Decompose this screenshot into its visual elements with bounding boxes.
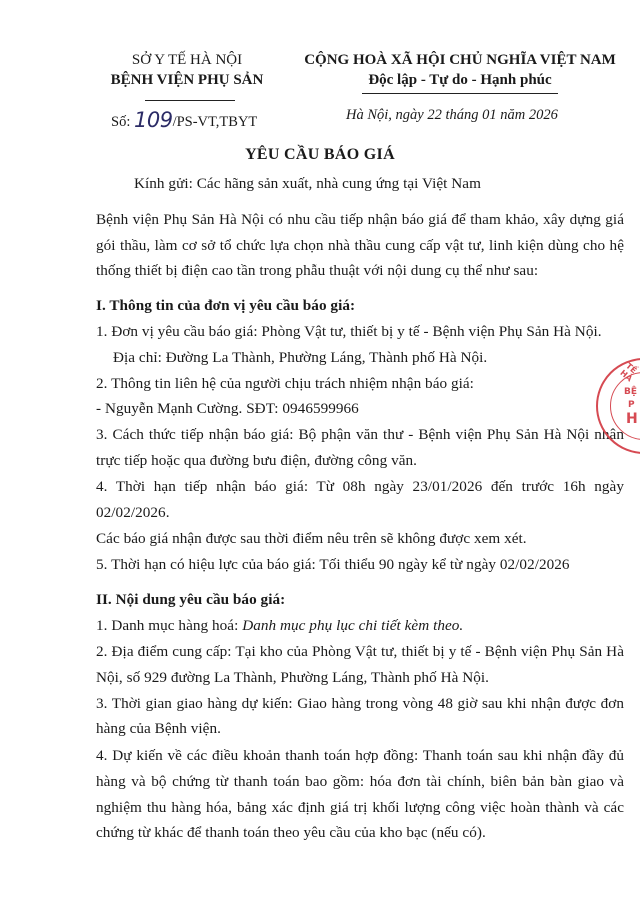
section-1-heading: I. Thông tin của đơn vị yêu cầu báo giá:: [96, 297, 355, 315]
section-1-item-4-cont: 02/02/2026.: [96, 504, 170, 522]
place-and-date: Hà Nội, ngày 22 tháng 01 năm 2026: [346, 107, 558, 124]
document-number-handwritten: 109: [134, 108, 173, 132]
section-2-item-2: 2. Địa điểm cung cấp: Tại kho của Phòng …: [96, 643, 624, 661]
agency-name: SỞ Y TẾ HÀ NỘI: [92, 52, 282, 69]
section-1-item-3-cont: trực tiếp hoặc qua đường bưu điện, đường…: [96, 452, 417, 470]
section-1-address: Địa chỉ: Đường La Thành, Phường Láng, Th…: [113, 349, 487, 367]
section-2-item-3-cont: hàng của Bệnh viện.: [96, 720, 221, 738]
section-2-item-4-cont-1: hàng và bộ chứng từ thanh toán bao gồm: …: [96, 773, 624, 791]
hospital-name: BỆNH VIỆN PHỤ SẢN: [92, 72, 282, 89]
section-1-note: Các báo giá nhận được sau thời điểm nêu …: [96, 530, 527, 548]
section-2-item-1-label: 1. Danh mục hàng hoá:: [96, 617, 242, 634]
section-2-item-4: 4. Dự kiến về các điều khoản thanh toán …: [96, 747, 624, 765]
section-2-item-4-cont-2: nghiệm thu hàng hóa, bảng xác định giá t…: [96, 799, 624, 817]
section-1-item-4: 4. Thời hạn tiếp nhận báo giá: Từ 08h ng…: [96, 478, 624, 496]
section-2-item-1-appendix: Danh mục phụ lục chi tiết kèm theo.: [242, 617, 463, 634]
section-1-item-5: 5. Thời hạn có hiệu lực của báo giá: Tối…: [96, 556, 570, 574]
section-1-contact: - Nguyễn Mạnh Cường. SĐT: 0946599966: [96, 400, 359, 418]
document-number-prefix: Số:: [111, 114, 134, 130]
section-2-item-2-cont: Nội, số 929 đường La Thành, Phường Láng,…: [96, 669, 489, 687]
recipient-line: Kính gửi: Các hãng sản xuất, nhà cung ứn…: [134, 175, 481, 193]
document-number: Số: 109/PS-VT,TBYT: [111, 107, 257, 131]
intro-line-1: Bệnh viện Phụ Sản Hà Nội có nhu cầu tiếp…: [96, 211, 624, 229]
section-2-item-4-cont-3: chứng từ khác để thanh toán theo yêu cầu…: [96, 824, 486, 842]
section-2-item-1: 1. Danh mục hàng hoá: Danh mục phụ lục c…: [96, 617, 463, 635]
left-header-divider: [145, 100, 235, 101]
section-2-heading: II. Nội dung yêu cầu báo giá:: [96, 591, 285, 609]
section-1-item-3: 3. Cách thức tiếp nhận báo giá: Bộ phận …: [96, 426, 624, 444]
right-header-divider: [362, 93, 558, 94]
section-1-item-1: 1. Đơn vị yêu cầu báo giá: Phòng Vật tư,…: [96, 323, 602, 341]
intro-line-3: thống thiết bị điện cao tần trong phẫu t…: [96, 262, 538, 280]
document-number-suffix: /PS-VT,TBYT: [173, 114, 258, 130]
seal-inner-text-1: BỆ: [624, 387, 637, 397]
national-motto: Độc lập - Tự do - Hạnh phúc: [290, 72, 630, 89]
seal-inner-text-3: H: [626, 411, 638, 427]
seal-inner-text-2: P: [628, 400, 635, 410]
section-2-item-3: 3. Thời gian giao hàng dự kiến: Giao hàn…: [96, 695, 624, 713]
intro-line-2: gói thầu, làm cơ sở tổ chức lựa chọn nhà…: [96, 237, 624, 255]
nation-title: CỘNG HOÀ XÃ HỘI CHỦ NGHĨA VIỆT NAM: [290, 52, 630, 69]
section-1-item-2: 2. Thông tin liên hệ của người chịu trác…: [96, 375, 474, 393]
document-title: YÊU CẦU BÁO GIÁ: [0, 146, 640, 164]
